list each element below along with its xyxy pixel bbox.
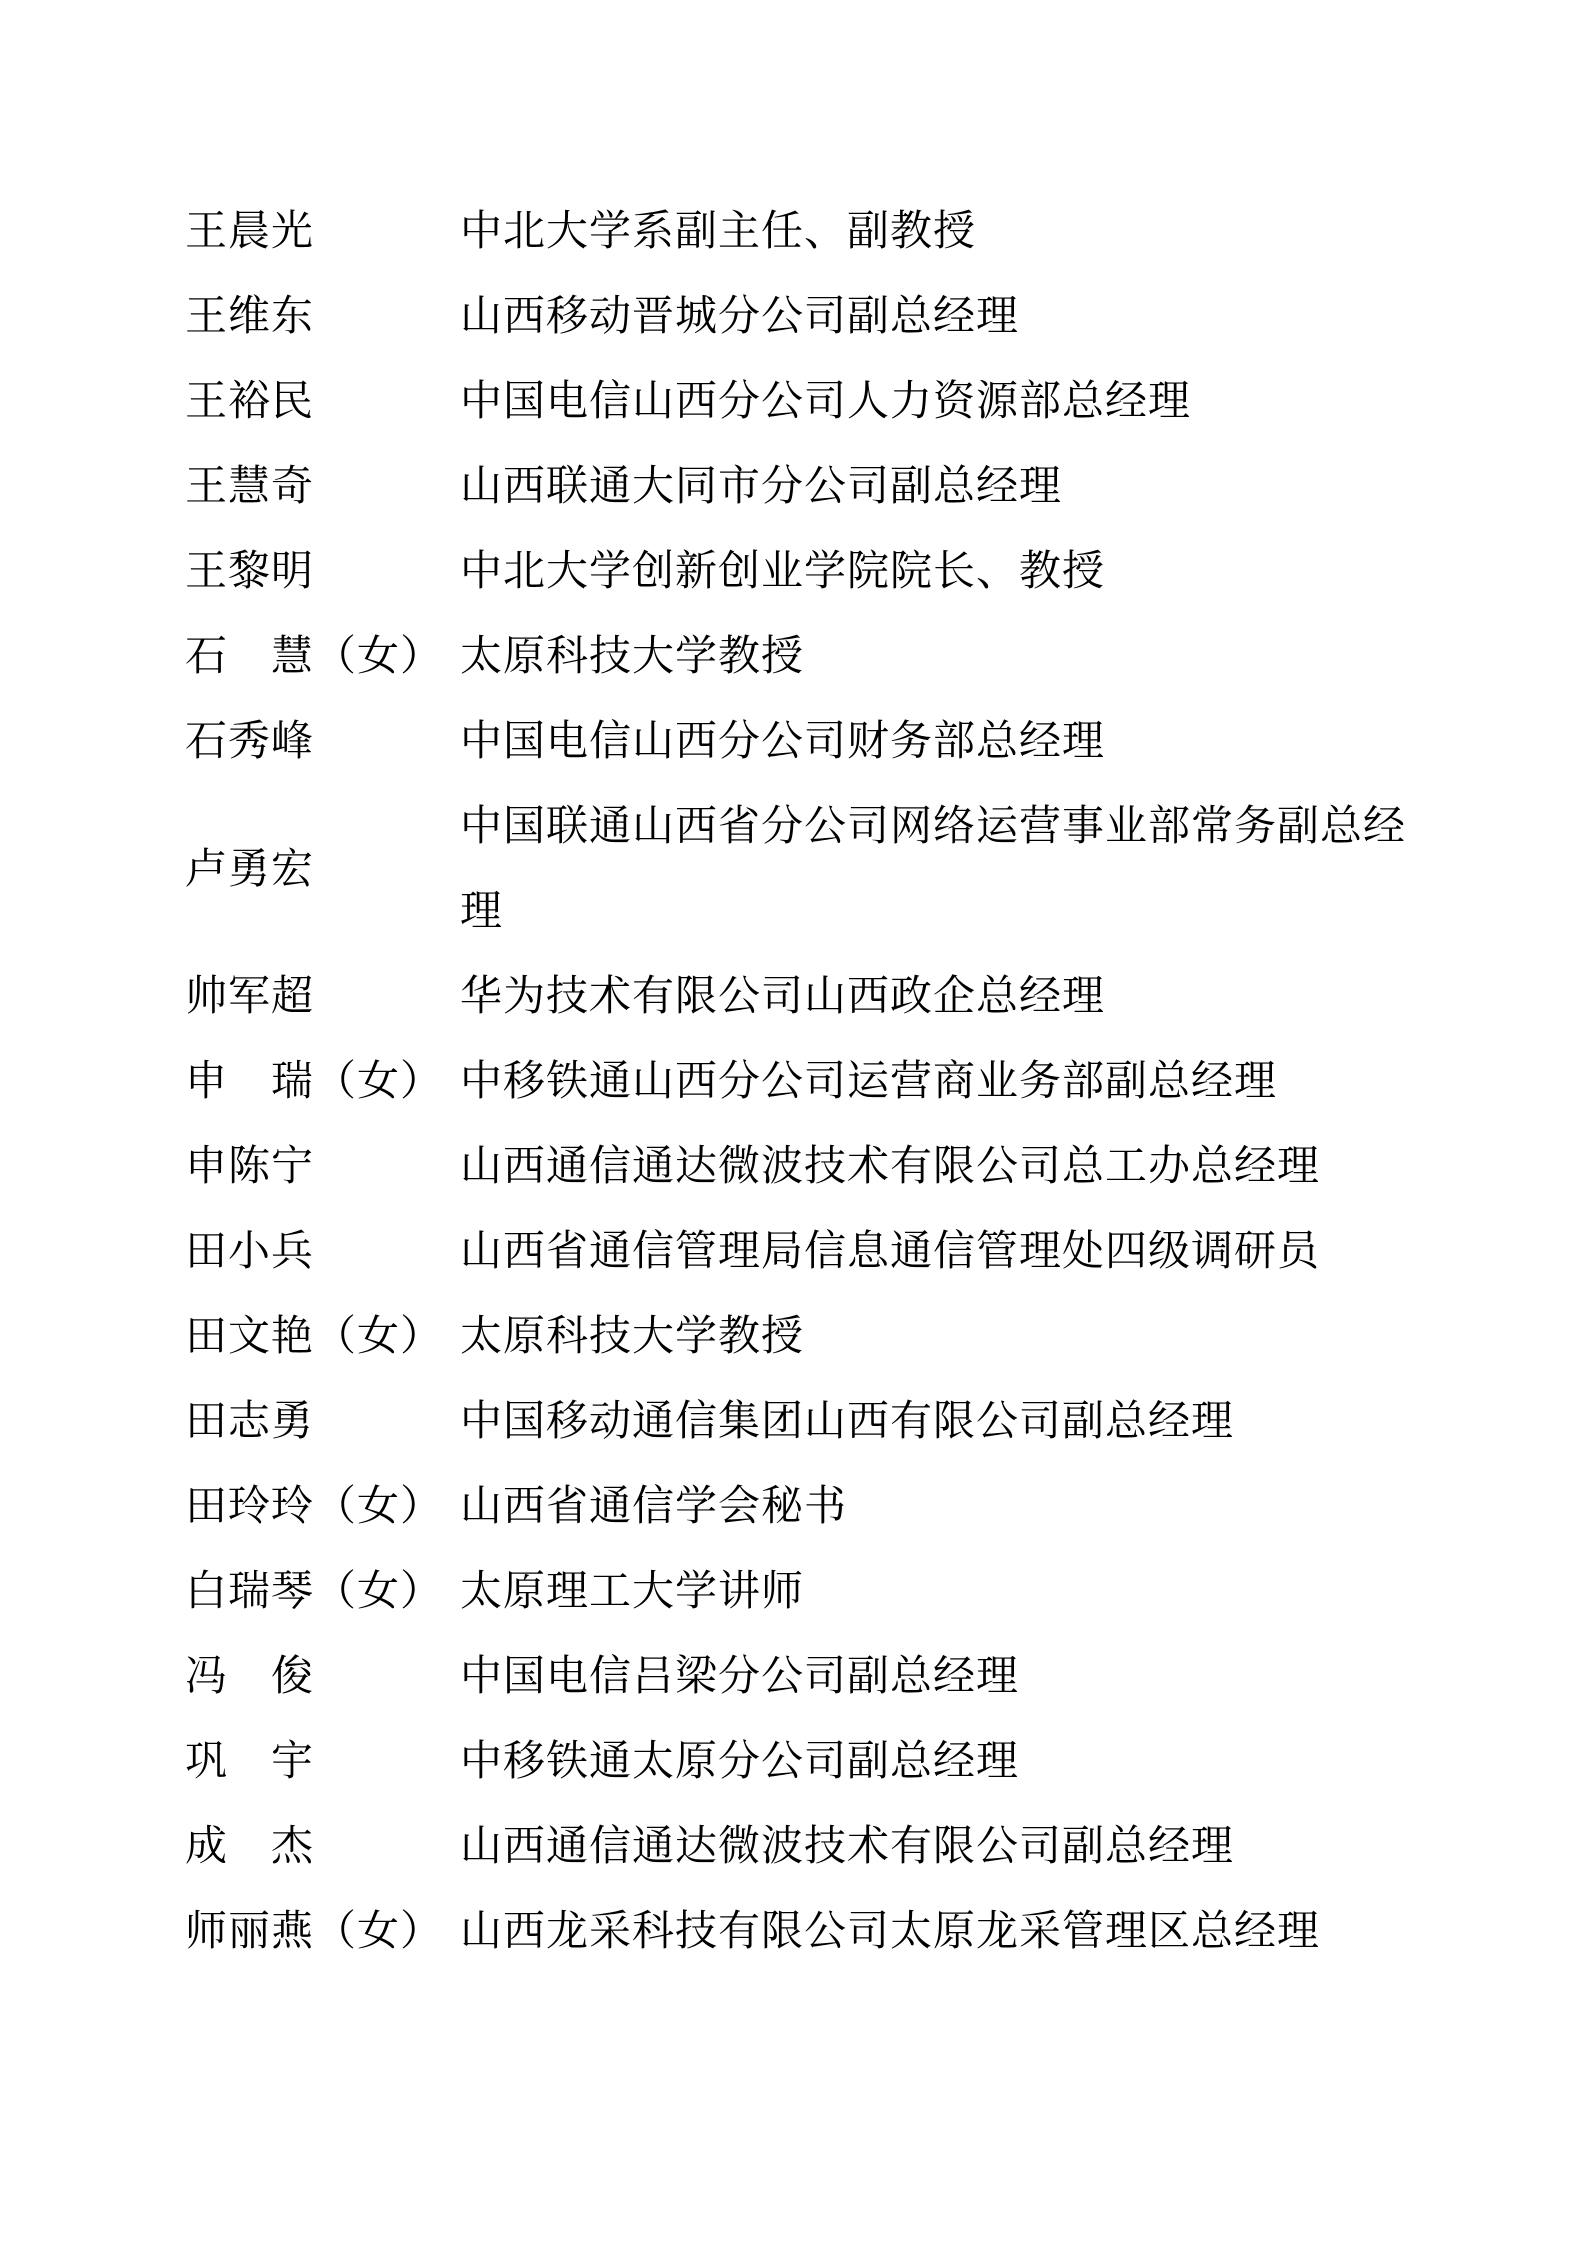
- person-title: 太原科技大学教授: [460, 1295, 1410, 1380]
- person-title: 中国电信山西分公司财务部总经理: [460, 700, 1410, 785]
- roster-row: 申 瑞（女） 中移铁通山西分公司运营商业务部副总经理: [185, 1040, 1412, 1125]
- person-title: 山西省通信管理局信息通信管理处四级调研员: [460, 1210, 1410, 1295]
- person-name: 成 杰: [185, 1805, 460, 1890]
- person-name: 田小兵: [185, 1210, 460, 1295]
- person-title: 太原科技大学教授: [460, 615, 1410, 700]
- person-name: 石 慧（女）: [185, 615, 460, 700]
- roster-row: 田文艳（女） 太原科技大学教授: [185, 1295, 1412, 1380]
- roster-row: 师丽燕（女） 山西龙采科技有限公司太原龙采管理区总经理: [185, 1890, 1412, 1975]
- person-name: 冯 俊: [185, 1635, 460, 1720]
- person-title: 华为技术有限公司山西政企总经理: [460, 955, 1410, 1040]
- roster-row: 王裕民 中国电信山西分公司人力资源部总经理: [185, 360, 1412, 445]
- person-title: 中北大学系副主任、副教授: [460, 190, 1410, 275]
- person-name: 王慧奇: [185, 445, 460, 530]
- roster-row: 王维东 山西移动晋城分公司副总经理: [185, 275, 1412, 360]
- person-name: 田玲玲（女）: [185, 1465, 460, 1550]
- roster-row: 卢勇宏 中国联通山西省分公司网络运营事业部常务副总经理: [185, 785, 1412, 955]
- roster-row: 王黎明 中北大学创新创业学院院长、教授: [185, 530, 1412, 615]
- roster-row: 巩 宇 中移铁通太原分公司副总经理: [185, 1720, 1412, 1805]
- roster-row: 田小兵 山西省通信管理局信息通信管理处四级调研员: [185, 1210, 1412, 1295]
- person-title: 山西龙采科技有限公司太原龙采管理区总经理: [460, 1890, 1410, 1975]
- roster-row: 田玲玲（女） 山西省通信学会秘书: [185, 1465, 1412, 1550]
- person-name: 王晨光: [185, 190, 460, 275]
- person-name: 王裕民: [185, 360, 460, 445]
- person-title: 山西省通信学会秘书: [460, 1465, 1410, 1550]
- roster-row: 石 慧（女） 太原科技大学教授: [185, 615, 1412, 700]
- person-name: 帅军超: [185, 955, 460, 1040]
- person-name: 卢勇宏: [185, 828, 460, 913]
- person-name: 师丽燕（女）: [185, 1890, 460, 1975]
- person-name: 申 瑞（女）: [185, 1040, 460, 1125]
- roster-row: 王晨光 中北大学系副主任、副教授: [185, 190, 1412, 275]
- person-title: 中国联通山西省分公司网络运营事业部常务副总经理: [460, 785, 1410, 955]
- person-name: 白瑞琴（女）: [185, 1550, 460, 1635]
- roster-row: 帅军超 华为技术有限公司山西政企总经理: [185, 955, 1412, 1040]
- roster-row: 石秀峰 中国电信山西分公司财务部总经理: [185, 700, 1412, 785]
- person-title: 中移铁通山西分公司运营商业务部副总经理: [460, 1040, 1410, 1125]
- person-name: 巩 宇: [185, 1720, 460, 1805]
- roster-row: 田志勇 中国移动通信集团山西有限公司副总经理: [185, 1380, 1412, 1465]
- roster-list: 王晨光 中北大学系副主任、副教授 王维东 山西移动晋城分公司副总经理 王裕民 中…: [185, 190, 1412, 1975]
- person-name: 申陈宁: [185, 1125, 460, 1210]
- person-title: 中北大学创新创业学院院长、教授: [460, 530, 1410, 615]
- roster-row: 王慧奇 山西联通大同市分公司副总经理: [185, 445, 1412, 530]
- person-title: 山西联通大同市分公司副总经理: [460, 445, 1410, 530]
- person-name: 田文艳（女）: [185, 1295, 460, 1380]
- person-title: 山西移动晋城分公司副总经理: [460, 275, 1410, 360]
- person-name: 石秀峰: [185, 700, 460, 785]
- roster-row: 成 杰 山西通信通达微波技术有限公司副总经理: [185, 1805, 1412, 1890]
- roster-row: 冯 俊 中国电信吕梁分公司副总经理: [185, 1635, 1412, 1720]
- person-name: 王维东: [185, 275, 460, 360]
- person-title: 中国电信吕梁分公司副总经理: [460, 1635, 1410, 1720]
- person-title: 山西通信通达微波技术有限公司总工办总经理: [460, 1125, 1410, 1210]
- person-title: 中国移动通信集团山西有限公司副总经理: [460, 1380, 1410, 1465]
- person-name: 田志勇: [185, 1380, 460, 1465]
- person-name: 王黎明: [185, 530, 460, 615]
- person-title: 山西通信通达微波技术有限公司副总经理: [460, 1805, 1410, 1890]
- roster-row: 白瑞琴（女） 太原理工大学讲师: [185, 1550, 1412, 1635]
- roster-row: 申陈宁 山西通信通达微波技术有限公司总工办总经理: [185, 1125, 1412, 1210]
- person-title: 太原理工大学讲师: [460, 1550, 1410, 1635]
- person-title: 中移铁通太原分公司副总经理: [460, 1720, 1410, 1805]
- person-title: 中国电信山西分公司人力资源部总经理: [460, 360, 1410, 445]
- document-page: 王晨光 中北大学系副主任、副教授 王维东 山西移动晋城分公司副总经理 王裕民 中…: [0, 0, 1587, 2245]
